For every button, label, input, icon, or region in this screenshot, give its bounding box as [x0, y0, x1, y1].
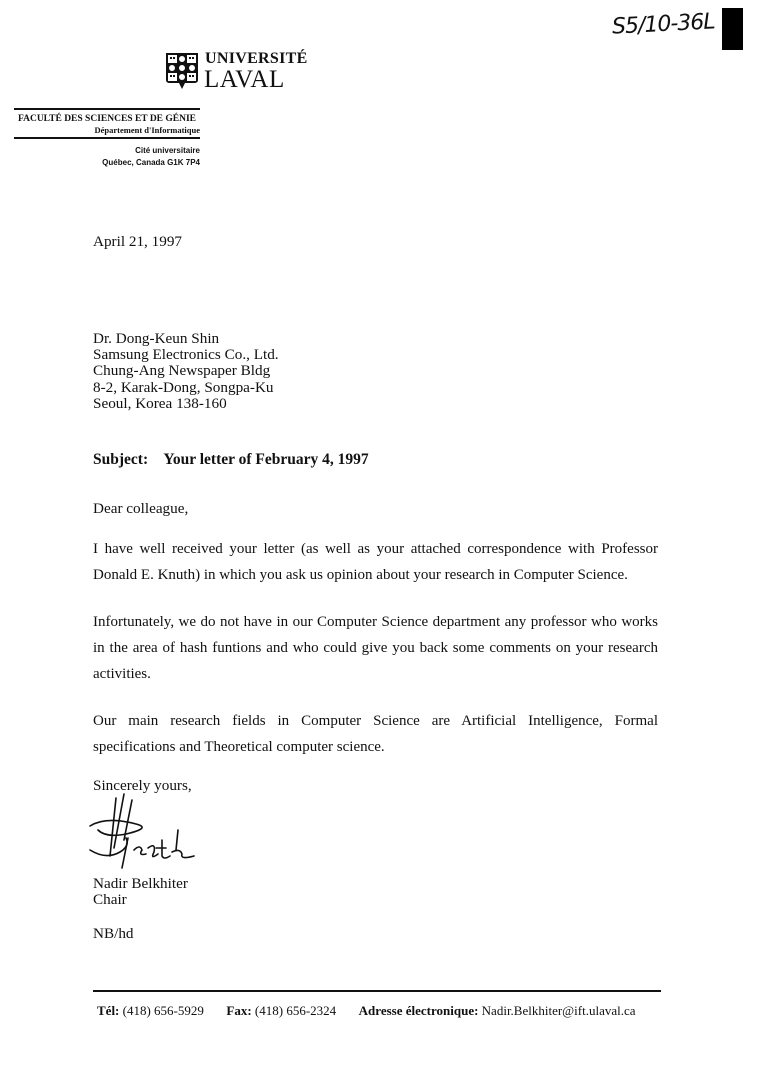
letter-date: April 21, 1997 [93, 234, 182, 250]
footer-divider [93, 990, 661, 992]
letterhead-divider-top [14, 108, 200, 110]
email-label: Adresse électronique: [359, 1003, 479, 1018]
subject-label: Subject: [93, 451, 148, 468]
recipient-line: 8-2, Karak-Dong, Songpa-Ku [93, 380, 279, 396]
reference-initials: NB/hd [93, 926, 134, 942]
university-shield-icon [165, 52, 199, 90]
subject-line: Subject: Your letter of February 4, 1997 [93, 451, 369, 469]
contact-footer: Tél: (418) 656-5929 Fax: (418) 656-2324 … [97, 1003, 636, 1019]
recipient-line: Chung-Ang Newspaper Bldg [93, 363, 279, 379]
signer-name: Nadir Belkhiter [93, 876, 188, 892]
sender-address-line2: Québec, Canada G1K 7P4 [60, 158, 200, 167]
signature-icon [86, 790, 206, 870]
greeting: Dear colleague, [93, 501, 188, 517]
subject-text: Your letter of February 4, 1997 [163, 451, 368, 468]
body-paragraph: I have well received your letter (as wel… [93, 536, 658, 588]
body-paragraph: Our main research fields in Computer Sci… [93, 708, 658, 760]
body-paragraph: Infortunately, we do not have in our Com… [93, 609, 658, 687]
tel-label: Tél: [97, 1003, 119, 1018]
university-name-line2: LAVAL [204, 66, 285, 94]
letterhead-divider-bottom [14, 137, 200, 139]
email-address: Nadir.Belkhiter@ift.ulaval.ca [482, 1003, 636, 1018]
recipient-address: Dr. Dong-Keun Shin Samsung Electronics C… [93, 331, 279, 412]
sender-address-line1: Cité universitaire [80, 146, 200, 155]
signer-title: Chair [93, 892, 188, 908]
redaction-block [722, 8, 743, 50]
tel-number: (418) 656-5929 [123, 1003, 204, 1018]
recipient-line: Samsung Electronics Co., Ltd. [93, 347, 279, 363]
faculty-name: FACULTÉ DES SCIENCES ET DE GÉNIE [18, 114, 196, 124]
fax-label: Fax: [226, 1003, 251, 1018]
department-name: Département d'Informatique [85, 125, 200, 135]
handwritten-file-code: S5/10-36L [611, 9, 715, 39]
fax-number: (418) 656-2324 [255, 1003, 336, 1018]
recipient-line: Seoul, Korea 138-160 [93, 396, 279, 412]
signer-block: Nadir Belkhiter Chair [93, 876, 188, 908]
recipient-line: Dr. Dong-Keun Shin [93, 331, 279, 347]
